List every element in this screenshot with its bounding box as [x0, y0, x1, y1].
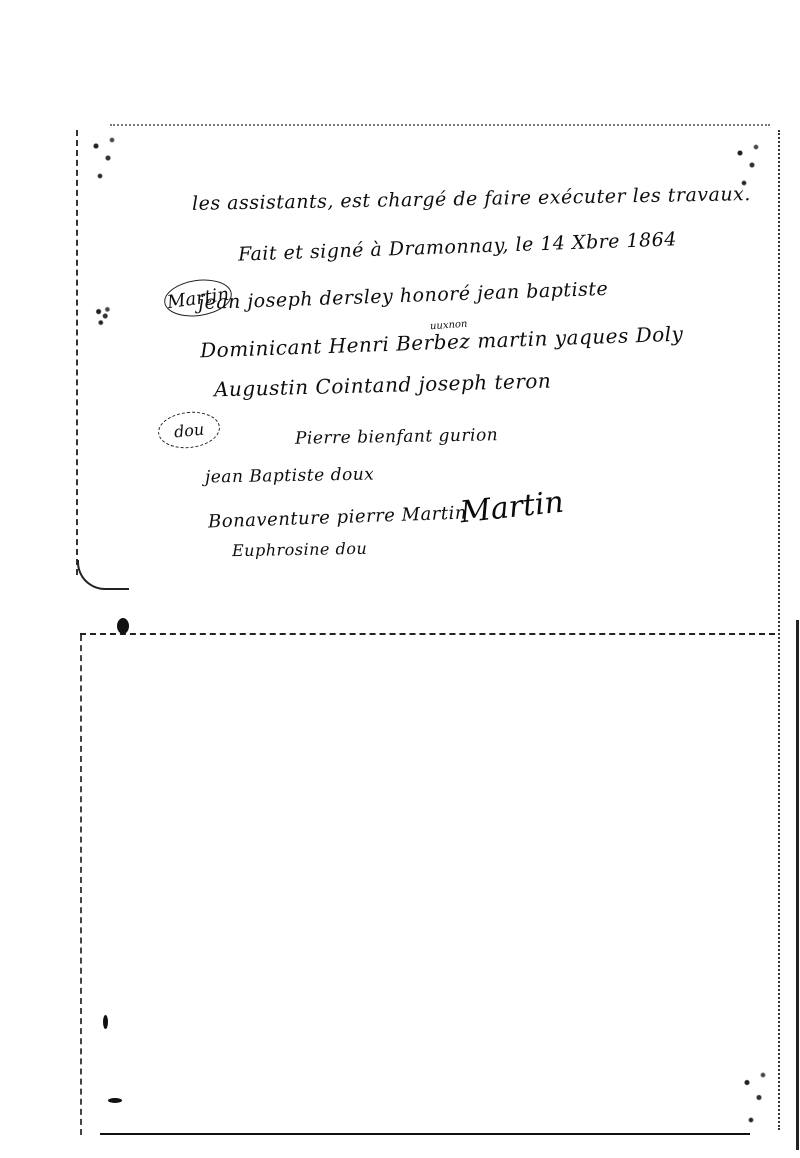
page-fold-line — [80, 633, 775, 635]
signatures-line-1: jean joseph dersley honoré jean baptiste — [198, 278, 609, 314]
scan-noise-bottom-right — [735, 1060, 775, 1135]
ink-blot-left-margin — [92, 305, 114, 327]
scanned-page: les assistants, est chargé de faire exéc… — [0, 0, 800, 1158]
page-right-edge — [778, 130, 780, 1130]
page-torn-corner — [77, 560, 129, 590]
ink-blot-fold — [117, 618, 129, 634]
signature-euphrosine: Euphrosine dou — [232, 539, 367, 560]
signature-jean-baptiste: jean Baptiste doux — [205, 465, 375, 488]
text-line-1: les assistants, est chargé de faire exéc… — [192, 183, 751, 215]
ink-mark-lower-left — [103, 1015, 108, 1029]
ink-mark-bottom-left — [108, 1098, 122, 1103]
paraph-dou: dou — [156, 409, 221, 451]
signature-pierre: Pierre bienfant gurion — [295, 425, 498, 449]
date-line: Fait et signé à Dramonnay, le 14 Xbre 18… — [238, 228, 677, 265]
scan-border-right — [796, 620, 799, 1150]
page-top-edge — [110, 124, 770, 126]
large-signature-martin: Martin — [458, 485, 565, 531]
signatures-line-3: Augustin Cointand joseph teron — [214, 369, 552, 402]
page-left-edge-upper — [76, 130, 78, 575]
scan-noise-top-left — [84, 128, 124, 188]
page-left-edge-lower — [80, 635, 82, 1135]
page-bottom-edge — [100, 1133, 750, 1135]
signature-bonaventure: Bonaventure pierre Martin — [208, 502, 468, 532]
